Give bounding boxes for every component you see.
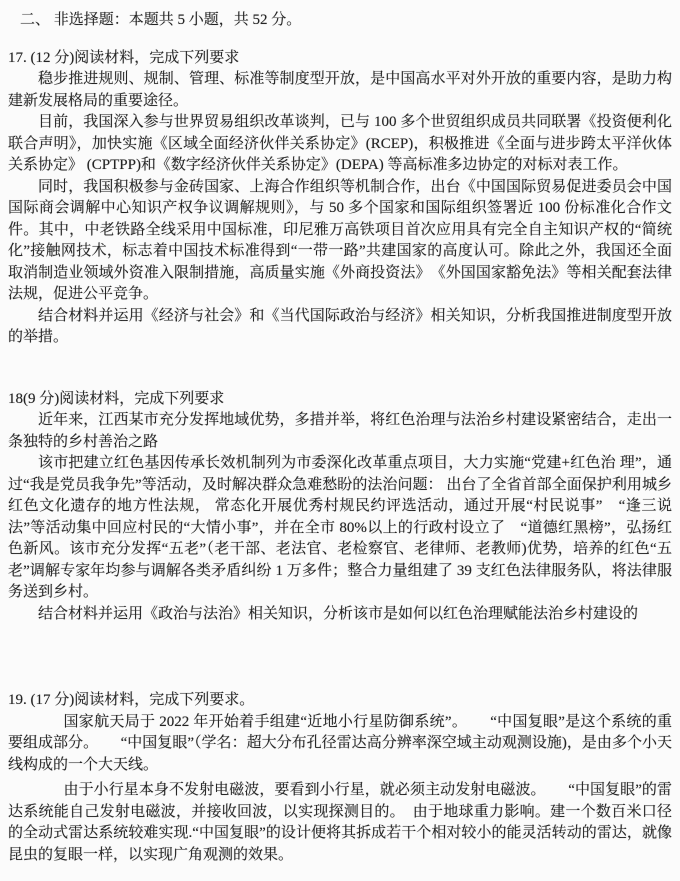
question-17-material-paragraph-1: 稳步推进规则、规制、管理、标准等制度型开放，是中国高水平对外开放的重要内容，是助… [8,69,672,112]
question-17: 17. (12 分)阅读材料，完成下列要求 稳步推进规则、规制、管理、标准等制度… [8,48,672,349]
question-17-material-paragraph-2: 目前，我国深入参与世界贸易组织改革谈判，已与 100 多个世贸组织成员共同联署《… [8,112,672,177]
question-19: 19. (17 分)阅读材料，完成下列要求。 国家航天局于 2022 年开始着手… [8,690,672,866]
question-17-heading: 17. (12 分)阅读材料，完成下列要求 [8,48,672,70]
question-19-material-paragraph-2: 由于小行星本身不发射电磁波，要看到小行星，就必须主动发射电磁波。 “中国复眼”的… [8,780,672,866]
question-17-material-paragraph-3: 同时，我国积极参与金砖国家、上海合作组织等机制合作，出台《中国国际贸易促进委员会… [8,177,672,306]
question-18-heading: 18(9 分)阅读材料，完成下列要求 [8,389,672,411]
section-header: 二、 非选择题：本题共 5 小题，共 52 分。 [20,10,672,32]
question-18-material-paragraph-1: 近年来，江西某市充分发挥地域优势，多措并举，将红色治理与法治乡村建设紧密结合，走… [8,410,672,453]
question-18-task: 结合材料并运用《政治与法治》相关知识，分析该市是如何以红色治理赋能法治乡村建设的 [8,604,672,626]
question-18-material-paragraph-2: 该市把建立红色基因传承长效机制列为市委深化改革重点项目，大力实施“党建+红色治 … [8,453,672,604]
question-18: 18(9 分)阅读材料，完成下列要求 近年来，江西某市充分发挥地域优势，多措并举… [8,389,672,626]
exam-paper-page: 二、 非选择题：本题共 5 小题，共 52 分。 17. (12 分)阅读材料，… [0,0,680,881]
question-19-material-paragraph-1: 国家航天局于 2022 年开始着手组建“近地小行星防御系统”。 “中国复眼”是这… [8,712,672,777]
question-17-task: 结合材料并运用《经济与社会》和《当代国际政治与经济》相关知识，分析我国推进制度型… [8,306,672,349]
question-19-heading: 19. (17 分)阅读材料，完成下列要求。 [8,690,672,712]
